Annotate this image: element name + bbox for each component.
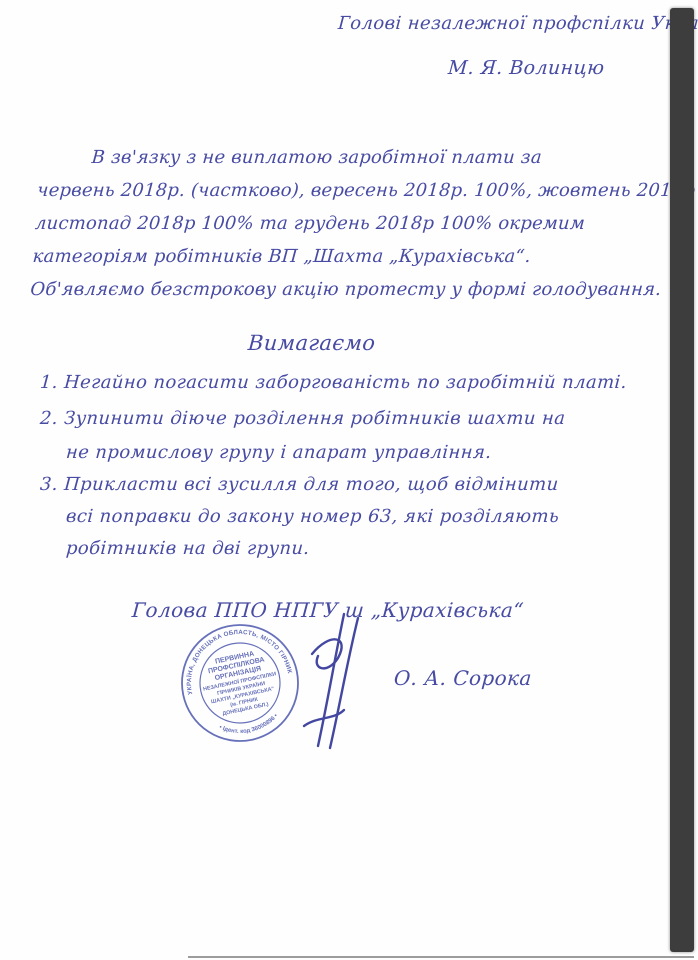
handwritten-signature <box>278 608 378 758</box>
signature-scribble-icon <box>278 608 378 758</box>
body-paragraph: В зв'язку з не виплатою заробітної плати… <box>29 141 674 306</box>
body-line: червень 2018р. (частково), вересень 2018… <box>36 174 671 207</box>
stamp-ring-bottom-text: • Ідент. код 36000896 • <box>217 712 281 740</box>
body-line: листопад 2018р 100% та грудень 2018р 100… <box>34 207 669 240</box>
demand-item-3-line-1: 3. Прикласти всі зусилля для того, щоб в… <box>39 474 559 495</box>
signature-name: О. А. Сорока <box>393 666 533 690</box>
body-line: категоріям робітників ВП „Шахта „Курахів… <box>32 240 667 273</box>
demand-item-2-line-1: 2. Зупинити діюче розділення робітників … <box>39 408 566 429</box>
addressee-line-1: Голові незалежної профспілки України <box>337 13 698 34</box>
body-line: В зв'язку з не виплатою заробітної плати… <box>38 141 673 174</box>
demand-item-1-line-1: 1. Негайно погасити заборгованість по за… <box>39 372 627 393</box>
demand-item-3-line-2: всі поправки до закону номер 63, які роз… <box>65 506 560 527</box>
svg-text:• Ідент. код 36000896 •: • Ідент. код 36000896 • <box>217 712 281 740</box>
body-line: Об'являємо безстрокову акцію протесту у … <box>29 273 664 306</box>
scan-bottom-edge-line <box>188 956 694 958</box>
scanned-letter-page: Голові незалежної профспілки України М. … <box>0 0 698 960</box>
demand-item-2-line-2: не промислову групу і апарат управління. <box>65 442 492 463</box>
addressee-line-2: М. Я. Волинцю <box>447 57 605 79</box>
demand-item-3-line-3: робітників на дві групи. <box>65 538 310 559</box>
demands-heading: Вимагаємо <box>247 331 376 355</box>
scan-edge-shadow <box>670 8 694 952</box>
